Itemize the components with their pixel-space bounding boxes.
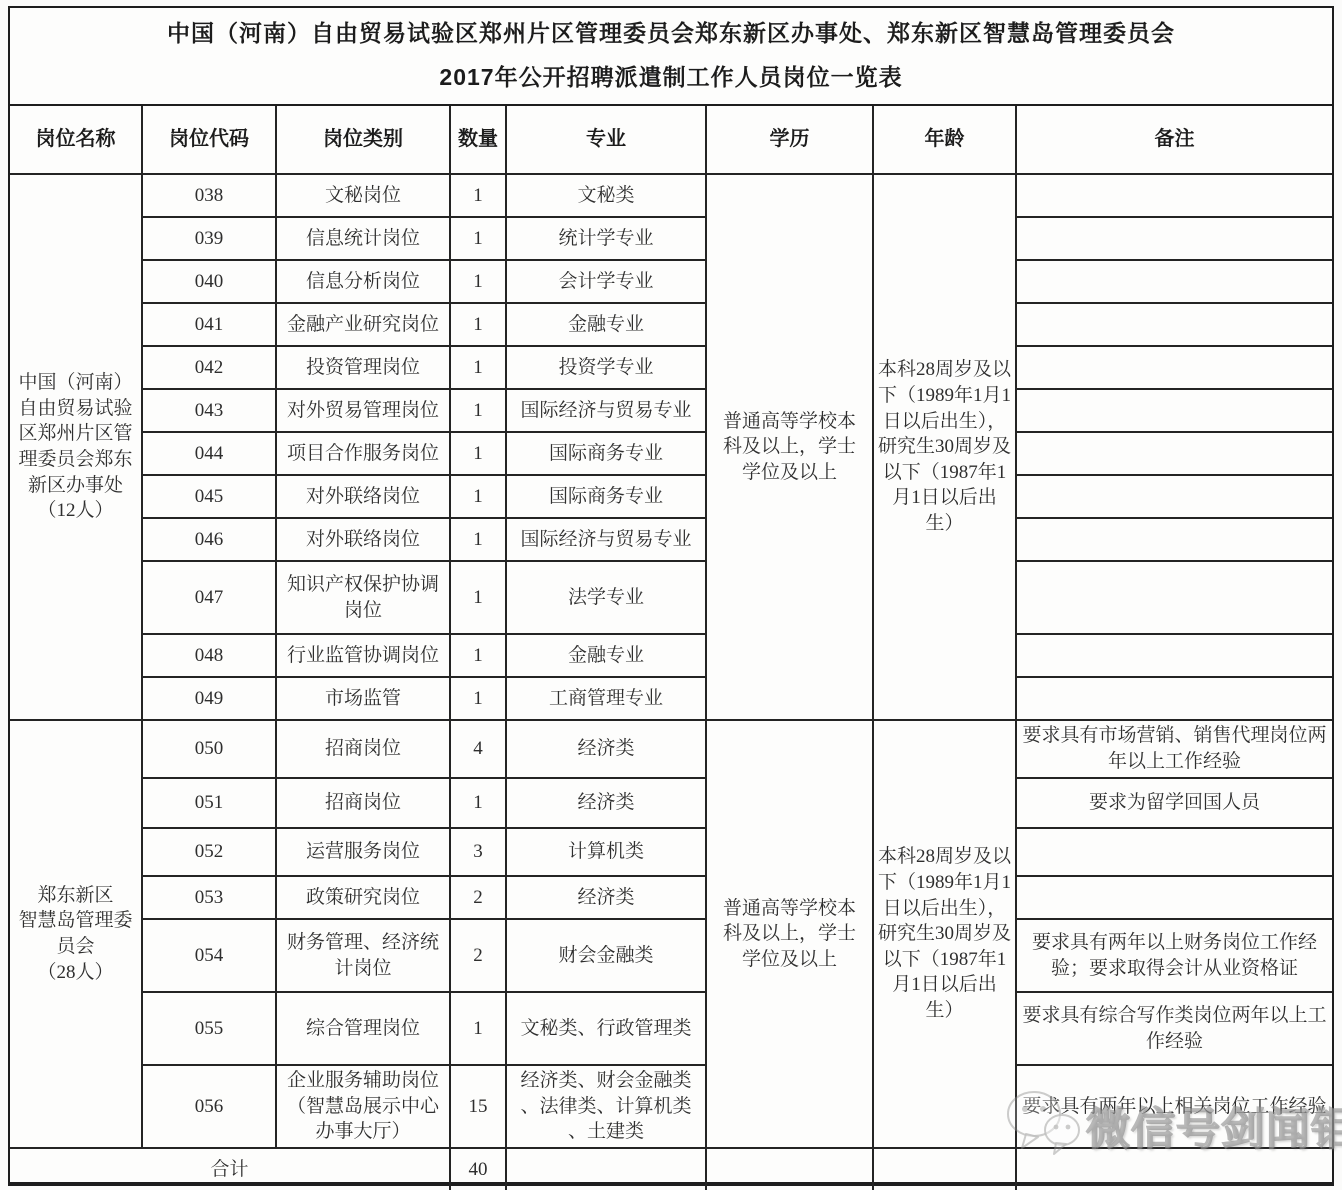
cell-code: 039: [142, 217, 276, 260]
empty-cell: [706, 1148, 873, 1190]
cell-remark: [1016, 432, 1332, 475]
cell-remark: 要求为留学回国人员: [1016, 778, 1332, 828]
cell-category: 信息统计岗位: [276, 217, 450, 260]
table-row: 051 招商岗位 1 经济类 要求为留学回国人员: [10, 778, 1332, 828]
cell-major: 金融专业: [506, 303, 706, 346]
cell-code: 054: [142, 919, 276, 992]
cell-major: 计算机类: [506, 828, 706, 876]
table-row: 中国（河南） 自由贸易试验 区郑州片区管 理委员会郑东 新区办事处 （12人） …: [10, 174, 1332, 217]
cell-major: 金融专业: [506, 634, 706, 677]
cell-category: 政策研究岗位: [276, 876, 450, 919]
cell-code: 043: [142, 389, 276, 432]
cell-remark: [1016, 634, 1332, 677]
cell-category: 对外贸易管理岗位: [276, 389, 450, 432]
positions-table: 岗位名称 岗位代码 岗位类别 数量 专业 学历 年龄 备注 中国（河南） 自由贸…: [10, 106, 1332, 1190]
table-row: 044 项目合作服务岗位 1 国际商务专业: [10, 432, 1332, 475]
col-header-quantity: 数量: [450, 106, 506, 174]
table-row: 郑东新区 智慧岛管理委 员会 （28人） 050 招商岗位 4 经济类 普通高等…: [10, 720, 1332, 778]
table-row: 052 运营服务岗位 3 计算机类: [10, 828, 1332, 876]
table-row: 047 知识产权保护协调 岗位 1 法学专业: [10, 561, 1332, 634]
cell-major: 财会金融类: [506, 919, 706, 992]
cell-code: 044: [142, 432, 276, 475]
cell-major: 法学专业: [506, 561, 706, 634]
table-sheet: 中国（河南）自由贸易试验区郑州片区管理委员会郑东新区办事处、郑东新区智慧岛管理委…: [8, 6, 1334, 1186]
table-row: 043 对外贸易管理岗位 1 国际经济与贸易专业: [10, 389, 1332, 432]
cell-major: 国际经济与贸易专业: [506, 389, 706, 432]
cell-quantity: 1: [450, 432, 506, 475]
cell-code: 056: [142, 1065, 276, 1148]
cell-category: 招商岗位: [276, 778, 450, 828]
cell-major: 经济类: [506, 720, 706, 778]
col-header-code: 岗位代码: [142, 106, 276, 174]
cell-quantity: 2: [450, 876, 506, 919]
total-label: 合计: [10, 1148, 450, 1190]
cell-code: 040: [142, 260, 276, 303]
cell-category: 知识产权保护协调 岗位: [276, 561, 450, 634]
col-header-remark: 备注: [1016, 106, 1332, 174]
cell-remark: 要求具有市场营销、销售代理岗位两年以上工作经验: [1016, 720, 1332, 778]
cell-code: 047: [142, 561, 276, 634]
cell-category: 文秘岗位: [276, 174, 450, 217]
cell-remark: [1016, 217, 1332, 260]
cell-quantity: 2: [450, 919, 506, 992]
cell-category: 信息分析岗位: [276, 260, 450, 303]
cell-remark: [1016, 828, 1332, 876]
cell-code: 042: [142, 346, 276, 389]
document-page: 中国（河南）自由贸易试验区郑州片区管理委员会郑东新区办事处、郑东新区智慧岛管理委…: [0, 0, 1342, 1190]
table-row: 055 综合管理岗位 1 文秘类、行政管理类 要求具有综合写作类岗位两年以上工作…: [10, 992, 1332, 1065]
cell-major: 文秘类: [506, 174, 706, 217]
cell-category: 对外联络岗位: [276, 518, 450, 561]
table-row: 048 行业监管协调岗位 1 金融专业: [10, 634, 1332, 677]
cell-category: 市场监管: [276, 677, 450, 720]
cell-remark: 要求具有综合写作类岗位两年以上工作经验: [1016, 992, 1332, 1065]
table-row: 046 对外联络岗位 1 国际经济与贸易专业: [10, 518, 1332, 561]
cell-age: 本科28周岁及以 下（1989年1月1 日以后出生）， 研究生30周岁及 以下（…: [873, 720, 1016, 1148]
table-row: 040 信息分析岗位 1 会计学专业: [10, 260, 1332, 303]
cell-remark: [1016, 346, 1332, 389]
cell-code: 048: [142, 634, 276, 677]
cell-quantity: 1: [450, 634, 506, 677]
cell-remark: [1016, 677, 1332, 720]
cell-major: 统计学专业: [506, 217, 706, 260]
section-name: 中国（河南） 自由贸易试验 区郑州片区管 理委员会郑东 新区办事处 （12人）: [10, 174, 142, 720]
title-line-2: 2017年公开招聘派遣制工作人员岗位一览表: [439, 56, 902, 100]
cell-major: 国际商务专业: [506, 475, 706, 518]
total-row: 合计 40: [10, 1148, 1332, 1190]
cell-category: 运营服务岗位: [276, 828, 450, 876]
cell-code: 045: [142, 475, 276, 518]
empty-cell: [506, 1148, 706, 1190]
table-row: 054 财务管理、经济统 计岗位 2 财会金融类 要求具有两年以上财务岗位工作经…: [10, 919, 1332, 992]
col-header-major: 专业: [506, 106, 706, 174]
cell-major: 经济类、财会金融类 、法律类、计算机类 、土建类: [506, 1065, 706, 1148]
cell-major: 国际商务专业: [506, 432, 706, 475]
cell-category: 金融产业研究岗位: [276, 303, 450, 346]
col-header-education: 学历: [706, 106, 873, 174]
col-header-name: 岗位名称: [10, 106, 142, 174]
cell-quantity: 4: [450, 720, 506, 778]
cell-quantity: 1: [450, 778, 506, 828]
cell-remark: [1016, 561, 1332, 634]
empty-cell: [1016, 1148, 1332, 1190]
table-row: 049 市场监管 1 工商管理专业: [10, 677, 1332, 720]
cell-remark: [1016, 876, 1332, 919]
cell-education: 普通高等学校本 科及以上，学士 学位及以上: [706, 174, 873, 720]
cell-code: 051: [142, 778, 276, 828]
cell-remark: [1016, 260, 1332, 303]
table-row: 056 企业服务辅助岗位 （智慧岛展示中心 办事大厅） 15 经济类、财会金融类…: [10, 1065, 1332, 1148]
cell-category: 招商岗位: [276, 720, 450, 778]
cell-quantity: 1: [450, 992, 506, 1065]
page-title: 中国（河南）自由贸易试验区郑州片区管理委员会郑东新区办事处、郑东新区智慧岛管理委…: [10, 8, 1332, 106]
cell-major: 国际经济与贸易专业: [506, 518, 706, 561]
title-line-1: 中国（河南）自由贸易试验区郑州片区管理委员会郑东新区办事处、郑东新区智慧岛管理委…: [167, 12, 1175, 56]
section-name: 郑东新区 智慧岛管理委 员会 （28人）: [10, 720, 142, 1148]
col-header-category: 岗位类别: [276, 106, 450, 174]
cell-code: 053: [142, 876, 276, 919]
cell-remark: [1016, 475, 1332, 518]
cell-major: 会计学专业: [506, 260, 706, 303]
table-row: 039 信息统计岗位 1 统计学专业: [10, 217, 1332, 260]
cell-quantity: 1: [450, 217, 506, 260]
cell-code: 038: [142, 174, 276, 217]
cell-age: 本科28周岁及以 下（1989年1月1 日以后出生）， 研究生30周岁及 以下（…: [873, 174, 1016, 720]
cell-code: 046: [142, 518, 276, 561]
table-row: 045 对外联络岗位 1 国际商务专业: [10, 475, 1332, 518]
cell-category: 项目合作服务岗位: [276, 432, 450, 475]
cell-category: 财务管理、经济统 计岗位: [276, 919, 450, 992]
cell-quantity: 3: [450, 828, 506, 876]
cell-quantity: 1: [450, 475, 506, 518]
cell-major: 文秘类、行政管理类: [506, 992, 706, 1065]
cell-quantity: 1: [450, 561, 506, 634]
cell-quantity: 1: [450, 346, 506, 389]
header-row: 岗位名称 岗位代码 岗位类别 数量 专业 学历 年龄 备注: [10, 106, 1332, 174]
cell-code: 041: [142, 303, 276, 346]
cell-category: 综合管理岗位: [276, 992, 450, 1065]
cell-remark: 要求具有两年以上财务岗位工作经验；要求取得会计从业资格证: [1016, 919, 1332, 992]
empty-cell: [873, 1148, 1016, 1190]
cell-remark: 要求具有两年以上相关岗位工作经验: [1016, 1065, 1332, 1148]
cell-major: 工商管理专业: [506, 677, 706, 720]
cell-category: 投资管理岗位: [276, 346, 450, 389]
cell-quantity: 1: [450, 260, 506, 303]
cell-quantity: 1: [450, 303, 506, 346]
cell-code: 055: [142, 992, 276, 1065]
table-row: 042 投资管理岗位 1 投资学专业: [10, 346, 1332, 389]
table-row: 053 政策研究岗位 2 经济类: [10, 876, 1332, 919]
cell-quantity: 1: [450, 518, 506, 561]
cell-major: 经济类: [506, 876, 706, 919]
cell-remark: [1016, 303, 1332, 346]
cell-education: 普通高等学校本 科及以上，学士 学位及以上: [706, 720, 873, 1148]
table-row: 041 金融产业研究岗位 1 金融专业: [10, 303, 1332, 346]
total-quantity: 40: [450, 1148, 506, 1190]
cell-remark: [1016, 389, 1332, 432]
cell-code: 052: [142, 828, 276, 876]
cell-quantity: 1: [450, 174, 506, 217]
cell-major: 投资学专业: [506, 346, 706, 389]
cell-quantity: 15: [450, 1065, 506, 1148]
cell-code: 049: [142, 677, 276, 720]
cell-category: 企业服务辅助岗位 （智慧岛展示中心 办事大厅）: [276, 1065, 450, 1148]
cell-quantity: 1: [450, 677, 506, 720]
cell-major: 经济类: [506, 778, 706, 828]
cell-quantity: 1: [450, 389, 506, 432]
cell-remark: [1016, 518, 1332, 561]
col-header-age: 年龄: [873, 106, 1016, 174]
cell-remark: [1016, 174, 1332, 217]
cell-category: 行业监管协调岗位: [276, 634, 450, 677]
cell-code: 050: [142, 720, 276, 778]
cell-category: 对外联络岗位: [276, 475, 450, 518]
